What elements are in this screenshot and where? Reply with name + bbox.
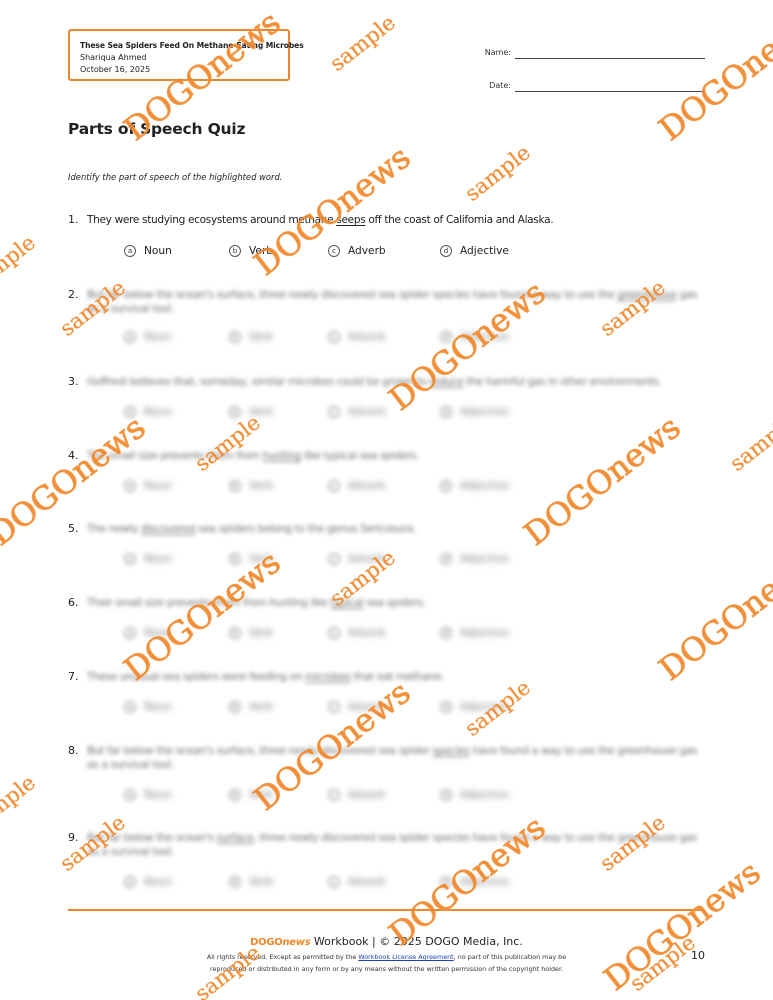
answer-option-c[interactable]: cAdverb — [328, 480, 386, 492]
radio-bubble-icon[interactable]: c — [328, 789, 340, 801]
answer-option-a[interactable]: aNoun — [124, 701, 172, 713]
highlighted-word: species — [432, 745, 469, 757]
question-text: But far below the ocean's surface, three… — [87, 744, 702, 772]
radio-bubble-icon[interactable]: a — [124, 553, 136, 565]
answer-option-d[interactable]: dAdjective — [440, 876, 509, 888]
answer-label: Verb — [249, 789, 273, 801]
question-number: 6. — [68, 596, 79, 609]
answer-option-b[interactable]: bVerb — [229, 331, 273, 343]
footer-copyright: Workbook | © 2025 DOGO Media, Inc. — [310, 935, 522, 948]
highlighted-word: reduce — [429, 376, 463, 388]
answer-label: Verb — [249, 701, 273, 713]
radio-bubble-icon[interactable]: c — [328, 701, 340, 713]
highlighted-word: typical — [330, 597, 363, 609]
answer-option-a[interactable]: aNoun — [124, 406, 172, 418]
radio-bubble-icon[interactable]: b — [229, 245, 241, 257]
answer-label: Adverb — [348, 789, 386, 801]
answer-label: Adjective — [460, 406, 509, 418]
answer-option-d[interactable]: dAdjective — [440, 480, 509, 492]
question-number: 5. — [68, 522, 79, 535]
radio-bubble-icon[interactable]: d — [440, 627, 452, 639]
answer-label: Adjective — [460, 480, 509, 492]
answer-option-b[interactable]: bVerb — [229, 789, 273, 801]
radio-bubble-icon[interactable]: c — [328, 876, 340, 888]
radio-bubble-icon[interactable]: a — [124, 627, 136, 639]
answer-option-a[interactable]: aNoun — [124, 553, 172, 565]
radio-bubble-icon[interactable]: a — [124, 789, 136, 801]
page-number: 10 — [691, 949, 705, 962]
footer-divider — [68, 909, 705, 911]
answer-choices: aNounbVerbcAdverbdAdjective — [124, 406, 574, 420]
worksheet-page: These Sea Spiders Feed On Methane-Eating… — [0, 0, 773, 1000]
article-author: Shariqua Ahmed — [80, 52, 288, 64]
answer-option-d[interactable]: dAdjective — [440, 701, 509, 713]
answer-label: Verb — [249, 245, 273, 257]
dogonews-logo-dogo: DOGO — [250, 937, 282, 948]
answer-option-b[interactable]: bVerb — [229, 553, 273, 565]
radio-bubble-icon[interactable]: d — [440, 553, 452, 565]
radio-bubble-icon[interactable]: b — [229, 789, 241, 801]
radio-bubble-icon[interactable]: d — [440, 331, 452, 343]
answer-choices: aNounbVerbcAdverbdAdjective — [124, 245, 574, 259]
answer-option-d[interactable]: dAdjective — [440, 553, 509, 565]
answer-option-c[interactable]: cAdverb — [328, 789, 386, 801]
sample-watermark: sample — [460, 140, 535, 206]
answer-label: Adverb — [348, 331, 386, 343]
answer-label: Verb — [249, 876, 273, 888]
radio-bubble-icon[interactable]: b — [229, 876, 241, 888]
answer-choices: aNounbVerbcAdverbdAdjective — [124, 331, 574, 345]
question-text: Their small size prevents them from hunt… — [87, 596, 702, 610]
answer-label: Adverb — [348, 553, 386, 565]
article-info-box: These Sea Spiders Feed On Methane-Eating… — [68, 29, 290, 81]
answer-option-c[interactable]: cAdverb — [328, 245, 386, 257]
question-number: 8. — [68, 744, 79, 757]
radio-bubble-icon[interactable]: c — [328, 553, 340, 565]
answer-label: Adverb — [348, 701, 386, 713]
license-agreement-link[interactable]: Workbook License Agreement — [358, 953, 453, 961]
answer-option-c[interactable]: cAdverb — [328, 553, 386, 565]
answer-option-b[interactable]: bVerb — [229, 480, 273, 492]
question-number: 4. — [68, 449, 79, 462]
answer-label: Adverb — [348, 876, 386, 888]
question-number: 7. — [68, 670, 79, 683]
answer-label: Verb — [249, 406, 273, 418]
answer-label: Adverb — [348, 245, 386, 257]
answer-option-a[interactable]: aNoun — [124, 627, 172, 639]
answer-label: Noun — [144, 627, 172, 639]
answer-option-a[interactable]: aNoun — [124, 245, 172, 257]
radio-bubble-icon[interactable]: d — [440, 789, 452, 801]
answer-choices: aNounbVerbcAdverbdAdjective — [124, 876, 574, 890]
answer-label: Noun — [144, 245, 172, 257]
date-field[interactable] — [515, 91, 705, 92]
dogonews-watermark: DOGOnews — [652, 3, 773, 148]
highlighted-word: seeps — [336, 214, 365, 226]
radio-bubble-icon[interactable]: a — [124, 245, 136, 257]
answer-label: Noun — [144, 789, 172, 801]
question-number: 2. — [68, 288, 79, 301]
answer-option-d[interactable]: dAdjective — [440, 406, 509, 418]
answer-option-c[interactable]: cAdverb — [328, 627, 386, 639]
radio-bubble-icon[interactable]: a — [124, 331, 136, 343]
answer-label: Noun — [144, 701, 172, 713]
sample-watermark: sample — [190, 410, 265, 476]
highlighted-word: microbes — [305, 671, 351, 683]
sample-watermark: sample — [0, 770, 40, 836]
radio-bubble-icon[interactable]: c — [328, 627, 340, 639]
sample-watermark: sample — [0, 230, 40, 296]
radio-bubble-icon[interactable]: b — [229, 553, 241, 565]
answer-option-b[interactable]: bVerb — [229, 406, 273, 418]
radio-bubble-icon[interactable]: d — [440, 245, 452, 257]
highlighted-word: greenhouse — [617, 289, 676, 301]
answer-option-a[interactable]: aNoun — [124, 331, 172, 343]
radio-bubble-icon[interactable]: d — [440, 701, 452, 713]
radio-bubble-icon[interactable]: a — [124, 480, 136, 492]
radio-bubble-icon[interactable]: c — [328, 245, 340, 257]
quiz-title: Parts of Speech Quiz — [68, 120, 245, 138]
question-text: The newly discovered sea spiders belong … — [87, 522, 702, 536]
answer-choices: aNounbVerbcAdverbdAdjective — [124, 627, 574, 641]
radio-bubble-icon[interactable]: d — [440, 876, 452, 888]
answer-option-c[interactable]: cAdverb — [328, 406, 386, 418]
radio-bubble-icon[interactable]: a — [124, 876, 136, 888]
answer-label: Verb — [249, 331, 273, 343]
sample-watermark: sample — [725, 410, 773, 476]
answer-choices: aNounbVerbcAdverbdAdjective — [124, 701, 574, 715]
question-number: 1. — [68, 213, 79, 226]
answer-option-a[interactable]: aNoun — [124, 480, 172, 492]
answer-label: Verb — [249, 553, 273, 565]
question-text: They were studying ecosystems around met… — [87, 213, 702, 227]
footer-brand: DOGOnews Workbook | © 2025 DOGO Media, I… — [0, 935, 773, 948]
answer-option-c[interactable]: cAdverb — [328, 331, 386, 343]
question-number: 3. — [68, 375, 79, 388]
answer-label: Adjective — [460, 245, 509, 257]
answer-choices: aNounbVerbcAdverbdAdjective — [124, 553, 574, 567]
radio-bubble-icon[interactable]: a — [124, 406, 136, 418]
highlighted-word: surface — [217, 832, 254, 844]
article-title: These Sea Spiders Feed On Methane-Eating… — [80, 40, 288, 52]
dogonews-logo-news: news — [282, 937, 310, 948]
answer-label: Adjective — [460, 789, 509, 801]
answer-label: Noun — [144, 331, 172, 343]
answer-option-b[interactable]: bVerb — [229, 245, 273, 257]
answer-option-a[interactable]: aNoun — [124, 789, 172, 801]
answer-choices: aNounbVerbcAdverbdAdjective — [124, 789, 574, 803]
name-field[interactable] — [515, 58, 705, 59]
answer-label: Noun — [144, 406, 172, 418]
answer-label: Adverb — [348, 480, 386, 492]
answer-option-d[interactable]: dAdjective — [440, 331, 509, 343]
answer-option-a[interactable]: aNoun — [124, 876, 172, 888]
answer-option-c[interactable]: cAdverb — [328, 701, 386, 713]
dogonews-watermark: DOGOnews — [597, 853, 768, 998]
dogonews-watermark: DOGOnews — [247, 138, 418, 283]
question-text: But far below the ocean's surface, three… — [87, 288, 702, 316]
answer-option-b[interactable]: bVerb — [229, 701, 273, 713]
answer-label: Adjective — [460, 627, 509, 639]
radio-bubble-icon[interactable]: b — [229, 406, 241, 418]
radio-bubble-icon[interactable]: b — [229, 480, 241, 492]
answer-option-d[interactable]: dAdjective — [440, 627, 509, 639]
dogonews-watermark: DOGOnews — [0, 0, 87, 18]
radio-bubble-icon[interactable]: b — [229, 627, 241, 639]
answer-label: Noun — [144, 876, 172, 888]
question-number: 9. — [68, 831, 79, 844]
answer-option-b[interactable]: bVerb — [229, 876, 273, 888]
radio-bubble-icon[interactable]: c — [328, 406, 340, 418]
answer-label: Noun — [144, 553, 172, 565]
radio-bubble-icon[interactable]: c — [328, 480, 340, 492]
radio-bubble-icon[interactable]: c — [328, 331, 340, 343]
answer-choices: aNounbVerbcAdverbdAdjective — [124, 480, 574, 494]
answer-label: Noun — [144, 480, 172, 492]
question-text: The small size prevents them from huntin… — [87, 449, 702, 463]
radio-bubble-icon[interactable]: b — [229, 701, 241, 713]
highlighted-word: hunting — [263, 450, 301, 462]
footer-legal: All rights reserved. Except as permitted… — [0, 951, 773, 975]
article-date: October 16, 2025 — [80, 64, 288, 76]
quiz-instructions: Identify the part of speech of the highl… — [68, 172, 282, 182]
radio-bubble-icon[interactable]: d — [440, 480, 452, 492]
answer-label: Verb — [249, 627, 273, 639]
answer-option-d[interactable]: dAdjective — [440, 245, 509, 257]
answer-option-c[interactable]: cAdverb — [328, 876, 386, 888]
answer-label: Verb — [249, 480, 273, 492]
answer-label: Adverb — [348, 406, 386, 418]
answer-label: Adjective — [460, 553, 509, 565]
question-text: These unusual sea spiders were feeding o… — [87, 670, 702, 684]
answer-label: Adjective — [460, 331, 509, 343]
highlighted-word: discovered — [141, 523, 195, 535]
radio-bubble-icon[interactable]: a — [124, 701, 136, 713]
answer-label: Adjective — [460, 876, 509, 888]
answer-option-b[interactable]: bVerb — [229, 627, 273, 639]
answer-label: Adverb — [348, 627, 386, 639]
radio-bubble-icon[interactable]: d — [440, 406, 452, 418]
answer-label: Adjective — [460, 701, 509, 713]
sample-watermark: sample — [325, 10, 400, 76]
question-text: Goffredi believes that, someday, similar… — [87, 375, 702, 389]
answer-option-d[interactable]: dAdjective — [440, 789, 509, 801]
dogonews-watermark: DOGOnews — [652, 543, 773, 688]
question-text: But far below the ocean's surface, three… — [87, 831, 702, 859]
radio-bubble-icon[interactable]: b — [229, 331, 241, 343]
